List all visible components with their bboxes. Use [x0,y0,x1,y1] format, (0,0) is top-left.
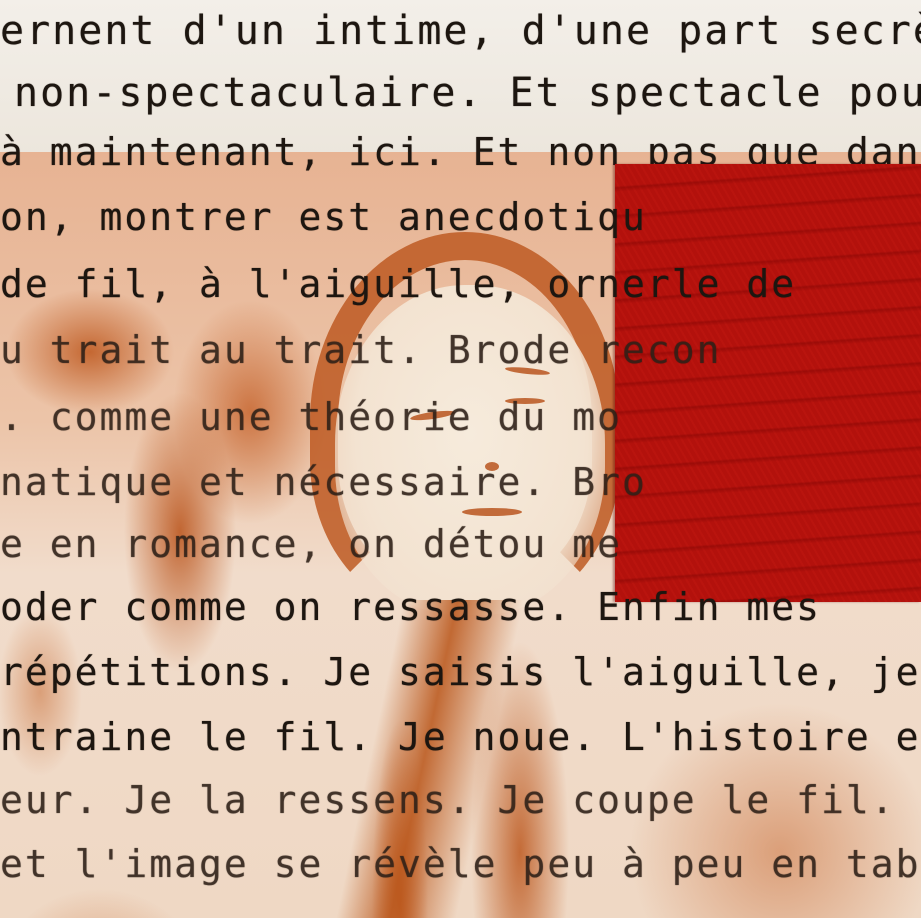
text-line-4: on, montrer est anecdotiqu [0,195,647,239]
text-line-9: e en romance, on détou me [0,522,622,566]
text-line-13: eur. Je la ressens. Je coupe le fil. Là. [0,778,921,822]
embroidered-artwork: ernent d'un intime, d'une part secrète. … [0,0,921,918]
text-line-11: répétitions. Je saisis l'aiguille, je pe… [0,650,921,694]
text-line-6: u trait au trait. Brode recon [0,328,721,372]
text-line-2: non-spectaculaire. Et spectacle pourtan [14,70,921,116]
text-line-7: . comme une théorie du mo [0,395,622,439]
text-line-10: oder comme on ressasse. Enfin mes [0,585,821,629]
lips-shadow [462,508,522,516]
text-line-1: ernent d'un intime, d'une part secrète. [0,8,921,54]
text-line-14: et l'image se révèle peu à peu en tablea… [0,842,921,886]
text-line-12: ntraine le fil. Je noue. L'histoire est … [0,715,921,759]
text-line-5: de fil, à l'aiguille, ornerle de [0,262,796,306]
red-wool-block [615,164,921,602]
text-line-8: natique et nécessaire. Bro [0,460,647,504]
